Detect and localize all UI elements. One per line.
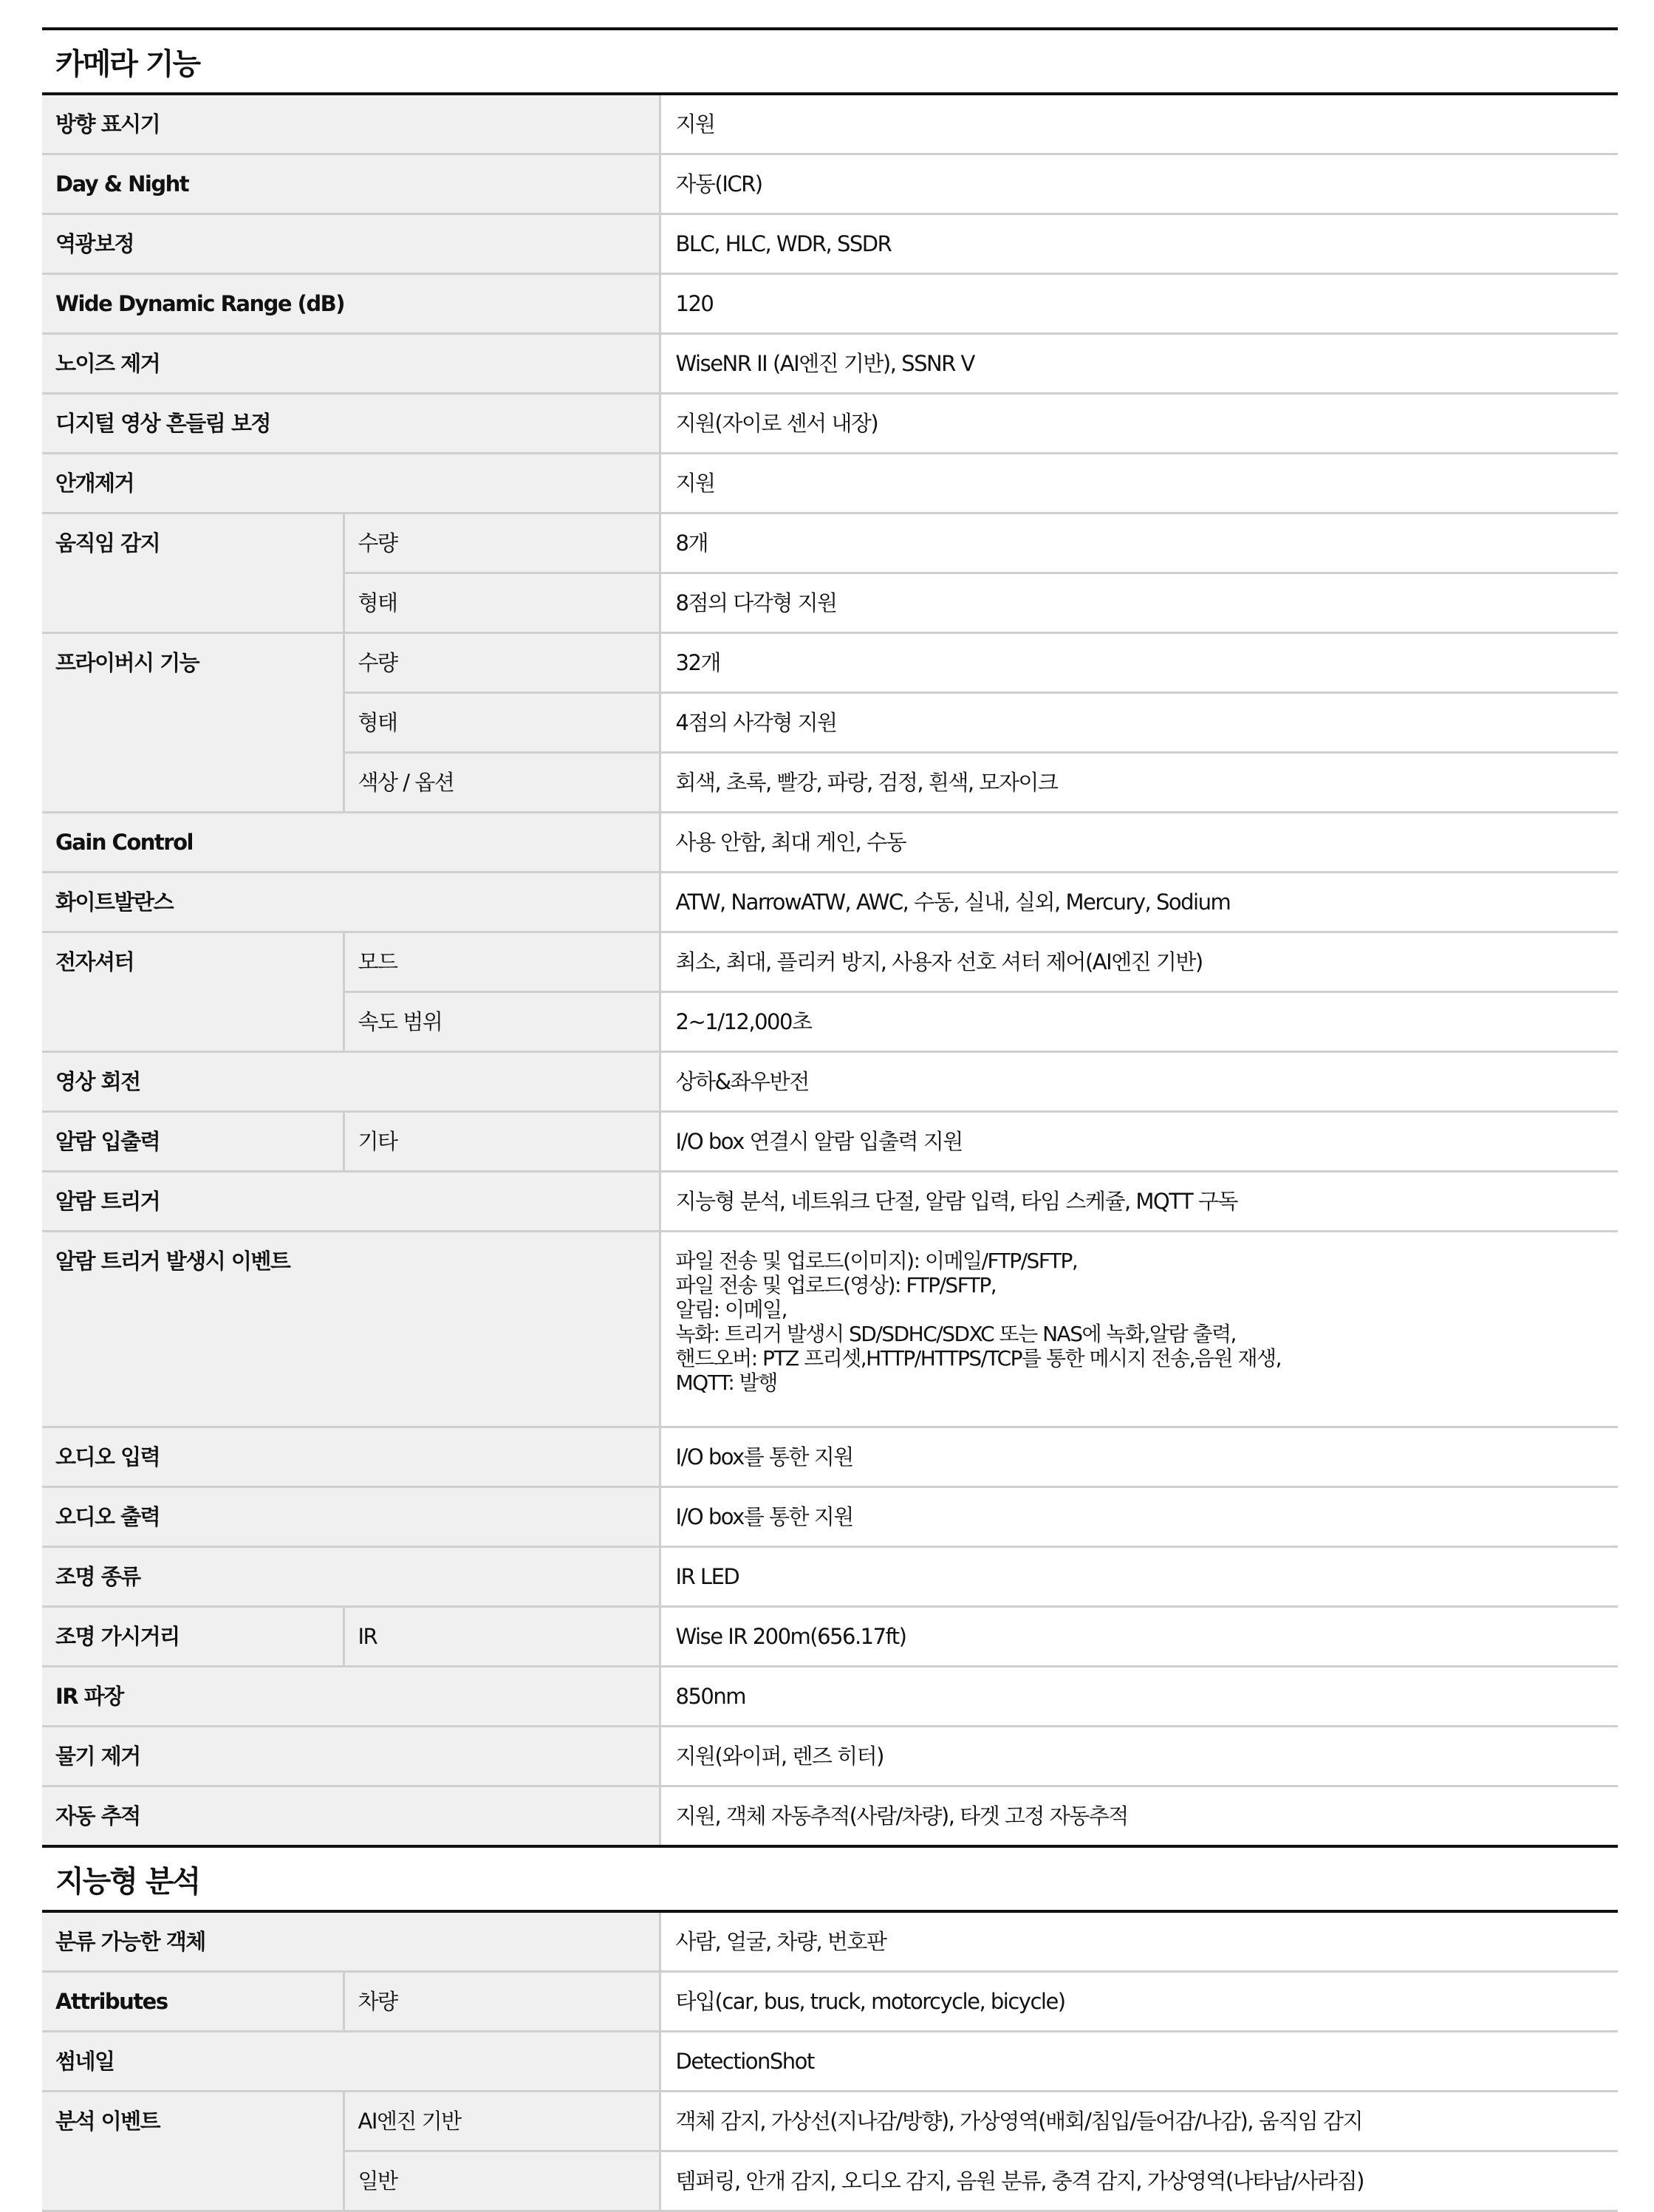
table-row: IR 파장 850nm bbox=[42, 1667, 1618, 1727]
row-label: 전자셔터 bbox=[42, 932, 344, 1052]
table-row: 영상 회전 상하&좌우반전 bbox=[42, 1052, 1618, 1112]
row-label: 오디오 출력 bbox=[42, 1487, 660, 1547]
row-label: 방향 표시기 bbox=[42, 95, 660, 154]
table-row: 알람 입출력 기타 I/O box 연결시 알람 입출력 지원 bbox=[42, 1112, 1618, 1172]
row-label: IR 파장 bbox=[42, 1667, 660, 1727]
row-label: 화이트발란스 bbox=[42, 873, 660, 932]
row-value: 지원(자이로 센서 내장) bbox=[660, 394, 1618, 454]
row-value: 32개 bbox=[660, 633, 1618, 693]
row-sublabel: 차량 bbox=[344, 1972, 660, 2032]
row-value: 사람, 얼굴, 차량, 번호판 bbox=[660, 1913, 1618, 1972]
table-row: 전자셔터 모드 최소, 최대, 플리커 방지, 사용자 선호 셔터 제어(AI엔… bbox=[42, 932, 1618, 992]
row-value: 120 bbox=[660, 274, 1618, 334]
row-label: 프라이버시 기능 bbox=[42, 633, 344, 813]
table-row: Day & Night 자동(ICR) bbox=[42, 154, 1618, 214]
row-label: Wide Dynamic Range (dB) bbox=[42, 274, 660, 334]
row-label: 분석 이벤트 bbox=[42, 2092, 344, 2211]
row-value: 지능형 분석, 네트워크 단절, 알람 입력, 타임 스케쥴, MQTT 구독 bbox=[660, 1172, 1618, 1232]
table-row: 디지털 영상 흔들림 보정 지원(자이로 센서 내장) bbox=[42, 394, 1618, 454]
row-value: 8개 bbox=[660, 513, 1618, 573]
row-value: 사용 안함, 최대 게인, 수동 bbox=[660, 813, 1618, 873]
row-value: 지원, 객체 자동추적(사람/차량), 타겟 고정 자동추적 bbox=[660, 1786, 1618, 1846]
spec-table-intelligent-analysis: 분류 가능한 객체 사람, 얼굴, 차량, 번호판 Attributes 차량 … bbox=[42, 1913, 1618, 2212]
row-sublabel: 색상 / 옵션 bbox=[344, 753, 660, 813]
row-value: 지원 bbox=[660, 454, 1618, 513]
row-value: 최소, 최대, 플리커 방지, 사용자 선호 셔터 제어(AI엔진 기반) bbox=[660, 932, 1618, 992]
row-value: 템퍼링, 안개 감지, 오디오 감지, 음원 분류, 충격 감지, 가상영역(나… bbox=[660, 2151, 1618, 2211]
row-value: 회색, 초록, 빨강, 파랑, 검정, 흰색, 모자이크 bbox=[660, 753, 1618, 813]
table-row: 오디오 출력 I/O box를 통한 지원 bbox=[42, 1487, 1618, 1547]
row-value: DetectionShot bbox=[660, 2032, 1618, 2092]
row-value: BLC, HLC, WDR, SSDR bbox=[660, 214, 1618, 274]
table-row: 노이즈 제거 WiseNR II (AI엔진 기반), SSNR V bbox=[42, 334, 1618, 394]
row-value: 객체 감지, 가상선(지나감/방향), 가상영역(배회/침입/들어감/나감), … bbox=[660, 2092, 1618, 2151]
section-title-intelligent-analysis: 지능형 분석 bbox=[42, 1845, 1618, 1913]
row-value: 지원 bbox=[660, 95, 1618, 154]
row-label: 알람 트리거 발생시 이벤트 bbox=[42, 1232, 660, 1427]
row-value: 파일 전송 및 업로드(이미지): 이메일/FTP/SFTP, 파일 전송 및 … bbox=[660, 1232, 1618, 1427]
row-value: 850nm bbox=[660, 1667, 1618, 1727]
row-value: 8점의 다각형 지원 bbox=[660, 573, 1618, 633]
row-sublabel: 모드 bbox=[344, 932, 660, 992]
table-row: 분류 가능한 객체 사람, 얼굴, 차량, 번호판 bbox=[42, 1913, 1618, 1972]
table-row: 알람 트리거 지능형 분석, 네트워크 단절, 알람 입력, 타임 스케쥴, M… bbox=[42, 1172, 1618, 1232]
table-row: 분석 이벤트 AI엔진 기반 객체 감지, 가상선(지나감/방향), 가상영역(… bbox=[42, 2092, 1618, 2151]
table-row: 안개제거 지원 bbox=[42, 454, 1618, 513]
row-sublabel: AI엔진 기반 bbox=[344, 2092, 660, 2151]
row-label: Gain Control bbox=[42, 813, 660, 873]
row-sublabel: 일반 bbox=[344, 2151, 660, 2211]
row-sublabel: 형태 bbox=[344, 573, 660, 633]
row-label: 역광보정 bbox=[42, 214, 660, 274]
row-value: I/O box 연결시 알람 입출력 지원 bbox=[660, 1112, 1618, 1172]
table-row: 오디오 입력 I/O box를 통한 지원 bbox=[42, 1427, 1618, 1487]
row-label: 영상 회전 bbox=[42, 1052, 660, 1112]
row-sublabel: 형태 bbox=[344, 693, 660, 753]
row-label: 오디오 입력 bbox=[42, 1427, 660, 1487]
row-label: 물기 제거 bbox=[42, 1727, 660, 1786]
table-row: 프라이버시 기능 수량 32개 bbox=[42, 633, 1618, 693]
row-value: 지원(와이퍼, 렌즈 히터) bbox=[660, 1727, 1618, 1786]
table-row: 조명 종류 IR LED bbox=[42, 1547, 1618, 1607]
row-value: ATW, NarrowATW, AWC, 수동, 실내, 실외, Mercury… bbox=[660, 873, 1618, 932]
table-row: 조명 가시거리 IR Wise IR 200m(656.17ft) bbox=[42, 1607, 1618, 1667]
row-value: 2~1/12,000초 bbox=[660, 992, 1618, 1052]
row-label: 디지털 영상 흔들림 보정 bbox=[42, 394, 660, 454]
row-value: IR LED bbox=[660, 1547, 1618, 1607]
spec-table-camera-functions: 방향 표시기 지원 Day & Night 자동(ICR) 역광보정 BLC, … bbox=[42, 95, 1618, 1845]
table-row: Wide Dynamic Range (dB) 120 bbox=[42, 274, 1618, 334]
row-value: I/O box를 통한 지원 bbox=[660, 1427, 1618, 1487]
row-label: 자동 추적 bbox=[42, 1786, 660, 1846]
table-row: Attributes 차량 타입(car, bus, truck, motorc… bbox=[42, 1972, 1618, 2032]
row-label: 조명 종류 bbox=[42, 1547, 660, 1607]
table-row: 방향 표시기 지원 bbox=[42, 95, 1618, 154]
table-row: 역광보정 BLC, HLC, WDR, SSDR bbox=[42, 214, 1618, 274]
row-value: I/O box를 통한 지원 bbox=[660, 1487, 1618, 1547]
table-row: 썸네일 DetectionShot bbox=[42, 2032, 1618, 2092]
row-sublabel: 기타 bbox=[344, 1112, 660, 1172]
row-label: 노이즈 제거 bbox=[42, 334, 660, 394]
table-row: 자동 추적 지원, 객체 자동추적(사람/차량), 타겟 고정 자동추적 bbox=[42, 1786, 1618, 1846]
row-value: 상하&좌우반전 bbox=[660, 1052, 1618, 1112]
row-value: 자동(ICR) bbox=[660, 154, 1618, 214]
table-row: 물기 제거 지원(와이퍼, 렌즈 히터) bbox=[42, 1727, 1618, 1786]
row-label: 분류 가능한 객체 bbox=[42, 1913, 660, 1972]
table-row: Gain Control 사용 안함, 최대 게인, 수동 bbox=[42, 813, 1618, 873]
section-title-camera-functions: 카메라 기능 bbox=[42, 27, 1618, 95]
row-label: Attributes bbox=[42, 1972, 344, 2032]
row-label: 안개제거 bbox=[42, 454, 660, 513]
row-sublabel: IR bbox=[344, 1607, 660, 1667]
row-label: 알람 트리거 bbox=[42, 1172, 660, 1232]
row-label: 썸네일 bbox=[42, 2032, 660, 2092]
row-value: WiseNR II (AI엔진 기반), SSNR V bbox=[660, 334, 1618, 394]
row-label: 움직임 감지 bbox=[42, 513, 344, 633]
row-sublabel: 속도 범위 bbox=[344, 992, 660, 1052]
row-value: 4점의 사각형 지원 bbox=[660, 693, 1618, 753]
row-sublabel: 수량 bbox=[344, 633, 660, 693]
row-value: 타입(car, bus, truck, motorcycle, bicycle) bbox=[660, 1972, 1618, 2032]
table-row: 화이트발란스 ATW, NarrowATW, AWC, 수동, 실내, 실외, … bbox=[42, 873, 1618, 932]
row-value: Wise IR 200m(656.17ft) bbox=[660, 1607, 1618, 1667]
row-label: 알람 입출력 bbox=[42, 1112, 344, 1172]
row-label: 조명 가시거리 bbox=[42, 1607, 344, 1667]
spec-sheet: 카메라 기능 방향 표시기 지원 Day & Night 자동(ICR) 역광보… bbox=[42, 27, 1618, 2212]
row-label: Day & Night bbox=[42, 154, 660, 214]
table-row: 움직임 감지 수량 8개 bbox=[42, 513, 1618, 573]
row-sublabel: 수량 bbox=[344, 513, 660, 573]
table-row: 알람 트리거 발생시 이벤트 파일 전송 및 업로드(이미지): 이메일/FTP… bbox=[42, 1232, 1618, 1427]
